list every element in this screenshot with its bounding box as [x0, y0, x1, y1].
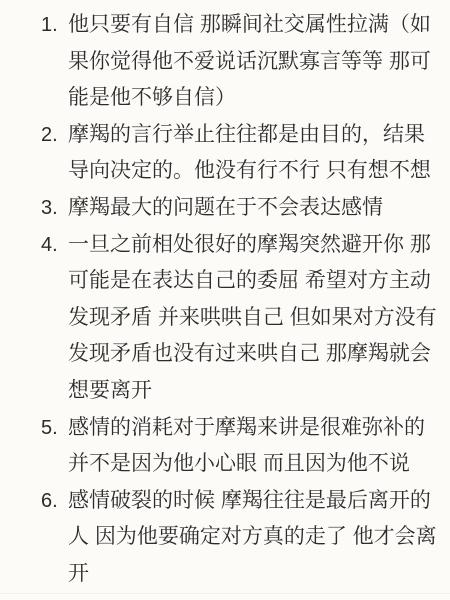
list-item-number: 4. — [41, 227, 68, 264]
list-item-number: 1. — [41, 7, 68, 44]
list-item-text: 他只要有自信 那瞬间社交属性拉满（如果你觉得他不爱说话沉默寡言等等 那可能是他不… — [68, 7, 438, 117]
list-item: 2. 摩羯的言行举止往往都是由目的，结果导向决定的。他没有行不行 只有想不想 — [0, 117, 450, 190]
list-item-number: 5. — [41, 410, 68, 447]
capricorn-traits-list: 1. 他只要有自信 那瞬间社交属性拉满（如果你觉得他不爱说话沉默寡言等等 那可能… — [0, 0, 450, 593]
list-item-number: 6. — [41, 483, 68, 520]
list-item-text: 摩羯的言行举止往往都是由目的，结果导向决定的。他没有行不行 只有想不想 — [68, 117, 438, 190]
list-item-text: 感情的消耗对于摩羯来讲是很难弥补的 并不是因为他小心眼 而且因为他不说 — [68, 410, 438, 483]
list-item-text: 一旦之前相处很好的摩羯突然避开你 那可能是在表达自己的委屈 希望对方主动发现矛盾… — [68, 227, 438, 410]
list-item-number: 3. — [41, 190, 68, 227]
list-item: 1. 他只要有自信 那瞬间社交属性拉满（如果你觉得他不爱说话沉默寡言等等 那可能… — [0, 7, 450, 117]
list-item: 5. 感情的消耗对于摩羯来讲是很难弥补的 并不是因为他小心眼 而且因为他不说 — [0, 410, 450, 483]
text-page: { "page": { "background_color": "#fcfbf7… — [0, 0, 450, 600]
list-item-text: 感情破裂的时候 摩羯往往是最后离开的人 因为他要确定对方真的走了 他才会离开 — [68, 483, 438, 593]
list-item: 3. 摩羯最大的问题在于不会表达感情 — [0, 190, 450, 227]
card-bottom-edge — [0, 593, 450, 594]
list-item: 4. 一旦之前相处很好的摩羯突然避开你 那可能是在表达自己的委屈 希望对方主动发… — [0, 227, 450, 410]
list-item: 6. 感情破裂的时候 摩羯往往是最后离开的人 因为他要确定对方真的走了 他才会离… — [0, 483, 450, 593]
list-item-text: 摩羯最大的问题在于不会表达感情 — [68, 190, 438, 227]
list-item-number: 2. — [41, 117, 68, 154]
